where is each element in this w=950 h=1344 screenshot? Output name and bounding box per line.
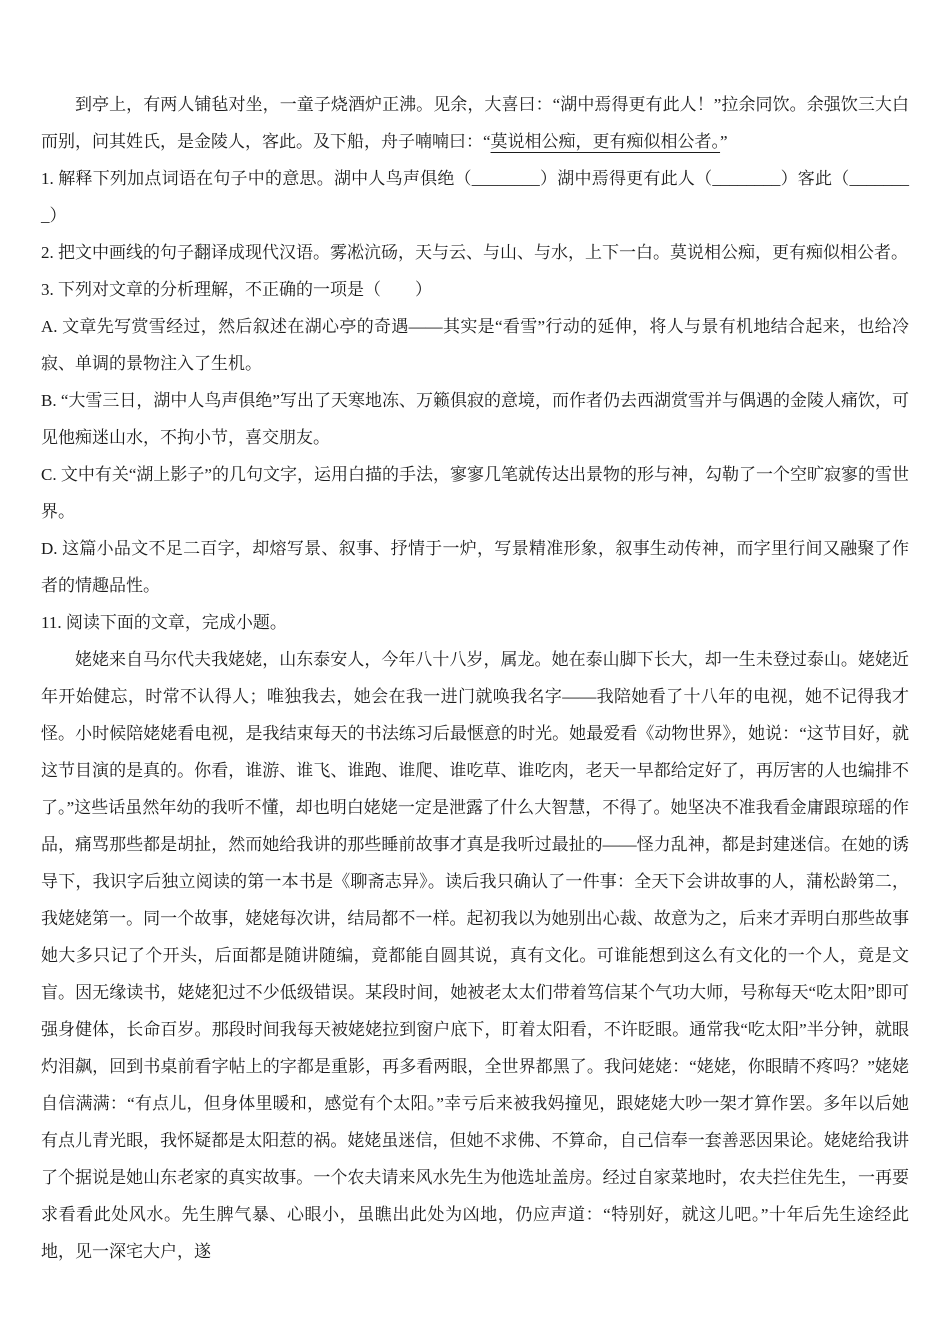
question-3-option-a: A. 文章先写赏雪经过，然后叙述在湖心亭的奇遇——其实是“看雪”行动的延伸，将人… xyxy=(41,308,909,382)
passage-closing-quote: ” xyxy=(720,132,728,151)
question-3-option-c: C. 文中有关“湖上影子”的几句文字，运用白描的手法，寥寥几笔就传达出景物的形与… xyxy=(41,456,909,530)
classical-passage-paragraph: 到亭上，有两人铺毡对坐，一童子烧酒炉正沸。见余，大喜曰：“湖中焉得更有此人！”拉… xyxy=(41,86,909,160)
exam-document-page: 到亭上，有两人铺毡对坐，一童子烧酒炉正沸。见余，大喜曰：“湖中焉得更有此人！”拉… xyxy=(0,0,950,1344)
essay-paragraph: 姥姥来自马尔代夫我姥姥，山东泰安人，今年八十八岁，属龙。她在泰山脚下长大，却一生… xyxy=(41,641,909,1270)
question-1: 1. 解释下列加点词语在句子中的意思。湖中人鸟声俱绝（________）湖中焉得… xyxy=(41,160,909,234)
question-3: 3. 下列对文章的分析理解，不正确的一项是（ ） xyxy=(41,271,909,308)
question-3-option-b: B. “大雪三日，湖中人鸟声俱绝”写出了天寒地冻、万籁俱寂的意境，而作者仍去西湖… xyxy=(41,382,909,456)
question-2: 2. 把文中画线的句子翻译成现代汉语。雾凇沆砀，天与云、与山、与水，上下一白。莫… xyxy=(41,234,909,271)
question-3-option-d: D. 这篇小品文不足二百字，却熔写景、叙事、抒情于一炉，写景精准形象，叙事生动传… xyxy=(41,530,909,604)
question-11: 11. 阅读下面的文章，完成小题。 xyxy=(41,604,909,641)
passage-lead-text: 到亭上，有两人铺毡对坐，一童子烧酒炉正沸。见余，大喜曰：“湖中焉得更有此人！”拉… xyxy=(41,95,909,151)
passage-underlined-sentence: 莫说相公痴，更有痴似相公者。 xyxy=(491,132,721,151)
